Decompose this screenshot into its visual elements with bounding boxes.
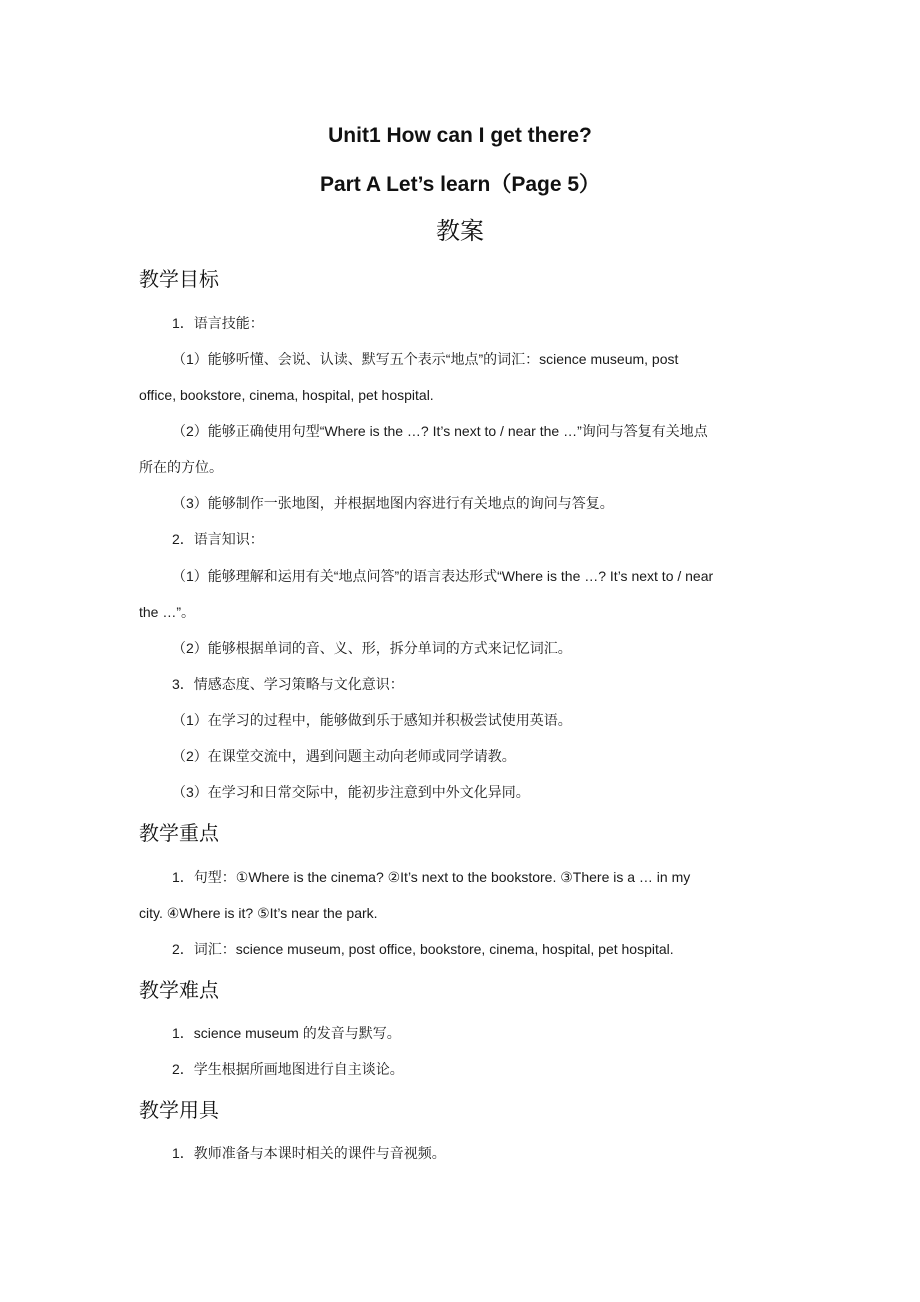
- section-heading-teaching-aids: 教学用具: [139, 1097, 219, 1125]
- section-heading-objectives: 教学目标: [139, 266, 219, 294]
- objectives-line: 1．语言技能：: [172, 313, 264, 333]
- teaching-aids-line: 1．教师准备与本课时相关的课件与音视频。: [172, 1143, 446, 1163]
- objectives-line: 所在的方位。: [139, 457, 223, 477]
- document-type: 教案: [0, 218, 920, 246]
- objectives-line: （1）在学习的过程中，能够做到乐于感知并积极尝试使用英语。: [172, 710, 572, 730]
- document-page: Unit1 How can I get there? Part A Let’s …: [0, 0, 920, 1302]
- objectives-line: （2）能够根据单词的音、义、形，拆分单词的方式来记忆词汇。: [172, 638, 572, 658]
- key-points-line: 2．词汇：science museum, post office, bookst…: [172, 939, 674, 959]
- objectives-line: 3．情感态度、学习策略与文化意识：: [172, 674, 404, 694]
- objectives-line: 2．语言知识：: [172, 529, 264, 549]
- key-points-line: city. ④Where is it? ⑤It’s near the park.: [139, 903, 378, 923]
- document-title: Unit1 How can I get there?: [0, 122, 920, 150]
- objectives-line: （2）能够正确使用句型“Where is the …? It’s next to…: [172, 421, 708, 441]
- difficulties-line: 1．science museum 的发音与默写。: [172, 1023, 401, 1043]
- objectives-line: （3）能够制作一张地图，并根据地图内容进行有关地点的询问与答复。: [172, 493, 614, 513]
- key-points-line: 1．句型：①Where is the cinema? ②It’s next to…: [172, 867, 690, 887]
- section-heading-key-points: 教学重点: [139, 820, 219, 848]
- objectives-line: （3）在学习和日常交际中，能初步注意到中外文化异同。: [172, 782, 530, 802]
- document-subtitle: Part A Let’s learn（Page 5）: [0, 171, 920, 199]
- difficulties-line: 2．学生根据所画地图进行自主谈论。: [172, 1059, 404, 1079]
- objectives-line: the …”。: [139, 602, 195, 622]
- objectives-line: （1）能够听懂、会说、认读、默写五个表示“地点”的词汇：science muse…: [172, 349, 678, 369]
- objectives-line: （1）能够理解和运用有关“地点问答”的语言表达形式“Where is the ……: [172, 566, 713, 586]
- section-heading-difficulties: 教学难点: [139, 977, 219, 1005]
- objectives-line: （2）在课堂交流中，遇到问题主动向老师或同学请教。: [172, 746, 516, 766]
- objectives-line: office, bookstore, cinema, hospital, pet…: [139, 385, 434, 405]
